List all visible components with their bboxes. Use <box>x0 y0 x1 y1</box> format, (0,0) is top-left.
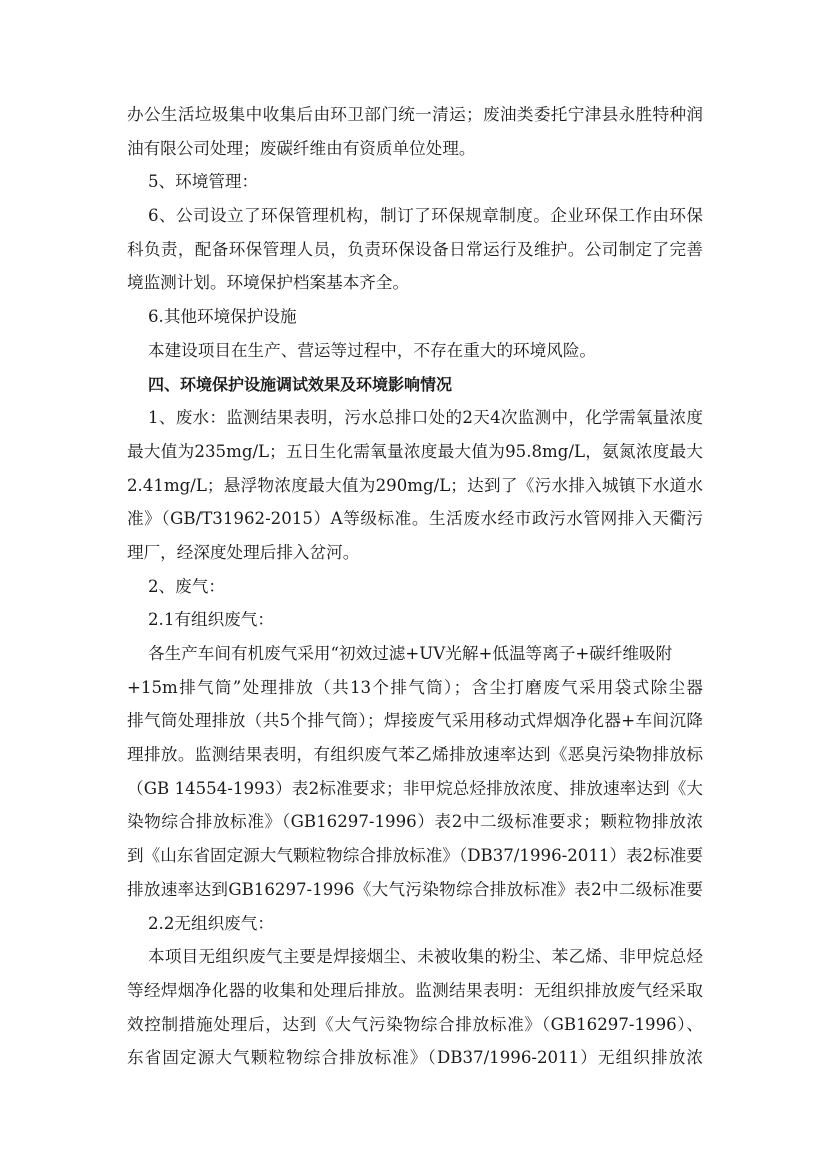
text-line: 境监测计划。环境保护档案基本齐全。 <box>127 266 703 300</box>
text-line: 东省固定源大气颗粒物综合排放标准》（DB37/1996-2011）无组织排放浓度… <box>127 1041 703 1075</box>
section-heading-exhaust: 2、废气： <box>127 570 703 604</box>
document-page: 办公生活垃圾集中收集后由环卫部门统一清运；废油类委托宁津县永胜特种润滑 油有限公… <box>0 0 827 1169</box>
text-line: 油有限公司处理；废碳纤维由有资质单位处理。 <box>127 132 703 166</box>
text-line: +15m排气筒”处理排放（共13个排气筒）；含尘打磨废气采用袋式除尘器+15m <box>127 671 703 705</box>
text-line: 准》（GB/T31962-2015）A等级标准。生活废水经市政污水管网排入天衢污… <box>127 502 703 536</box>
text-line: （GB 14554-1993）表2标准要求；非甲烷总烃排放浓度、排放速率达到《大… <box>127 772 703 806</box>
document-body: 办公生活垃圾集中收集后由环卫部门统一清运；废油类委托宁津县永胜特种润滑 油有限公… <box>127 98 703 1075</box>
text-line: 理厂，经深度处理后排入岔河。 <box>127 536 703 570</box>
text-line: 排放速率达到GB16297-1996《大气污染物综合排放标准》表2中二级标准要求… <box>127 873 703 907</box>
text-line: 最大值为235mg/L；五日生化需氧量浓度最大值为95.8mg/L，氨氮浓度最大… <box>127 435 703 469</box>
text-line: 到《山东省固定源大气颗粒物综合排放标准》（DB37/1996-2011）表2标准… <box>127 839 703 873</box>
text-line: 各生产车间有机废气采用“初效过滤+UV光解+低温等离子+碳纤维吸附 <box>127 637 703 671</box>
text-line: 效控制措施处理后，达到《大气污染物综合排放标准》（GB16297-1996）、《… <box>127 1008 703 1042</box>
text-line: 科负责，配备环保管理人员，负责环保设备日常运行及维护。公司制定了完善环 <box>127 233 703 267</box>
text-line: 本项目无组织废气主要是焊接烟尘、未被收集的粉尘、苯乙烯、非甲烷总烃 <box>127 940 703 974</box>
section-heading-environmental-management: 5、环境管理： <box>127 165 703 199</box>
section-heading-other-facilities: 6.其他环境保护设施 <box>127 300 703 334</box>
text-line: 办公生活垃圾集中收集后由环卫部门统一清运；废油类委托宁津县永胜特种润滑 <box>127 98 703 132</box>
text-line: 排气筒处理排放（共5个排气筒）；焊接废气采用移动式焊烟净化器+车间沉降处 <box>127 704 703 738</box>
text-line: 染物综合排放标准》（GB16297-1996）表2中二级标准要求；颗粒物排放浓度… <box>127 805 703 839</box>
text-line: 等经焊烟净化器的收集和处理后排放。监测结果表明：无组织排放废气经采取有 <box>127 974 703 1008</box>
text-line: 理排放。监测结果表明，有组织废气苯乙烯排放速率达到《恶臭污染物排放标准》 <box>127 738 703 772</box>
text-line: 本建设项目在生产、营运等过程中，不存在重大的环境风险。 <box>127 334 703 368</box>
chapter-heading: 四、环境保护设施调试效果及环境影响情况 <box>127 368 703 402</box>
text-line: 2.41mg/L；悬浮物浓度最大值为290mg/L；达到了《污水排入城镇下水道水… <box>127 469 703 503</box>
subsection-heading-organized-exhaust: 2.1有组织废气： <box>127 603 703 637</box>
text-line: 6、公司设立了环保管理机构，制订了环保规章制度。企业环保工作由环保 <box>127 199 703 233</box>
text-line: 1、废水：监测结果表明，污水总排口处的2天4次监测中，化学需氧量浓度 <box>127 401 703 435</box>
subsection-heading-unorganized-exhaust: 2.2无组织废气： <box>127 907 703 941</box>
